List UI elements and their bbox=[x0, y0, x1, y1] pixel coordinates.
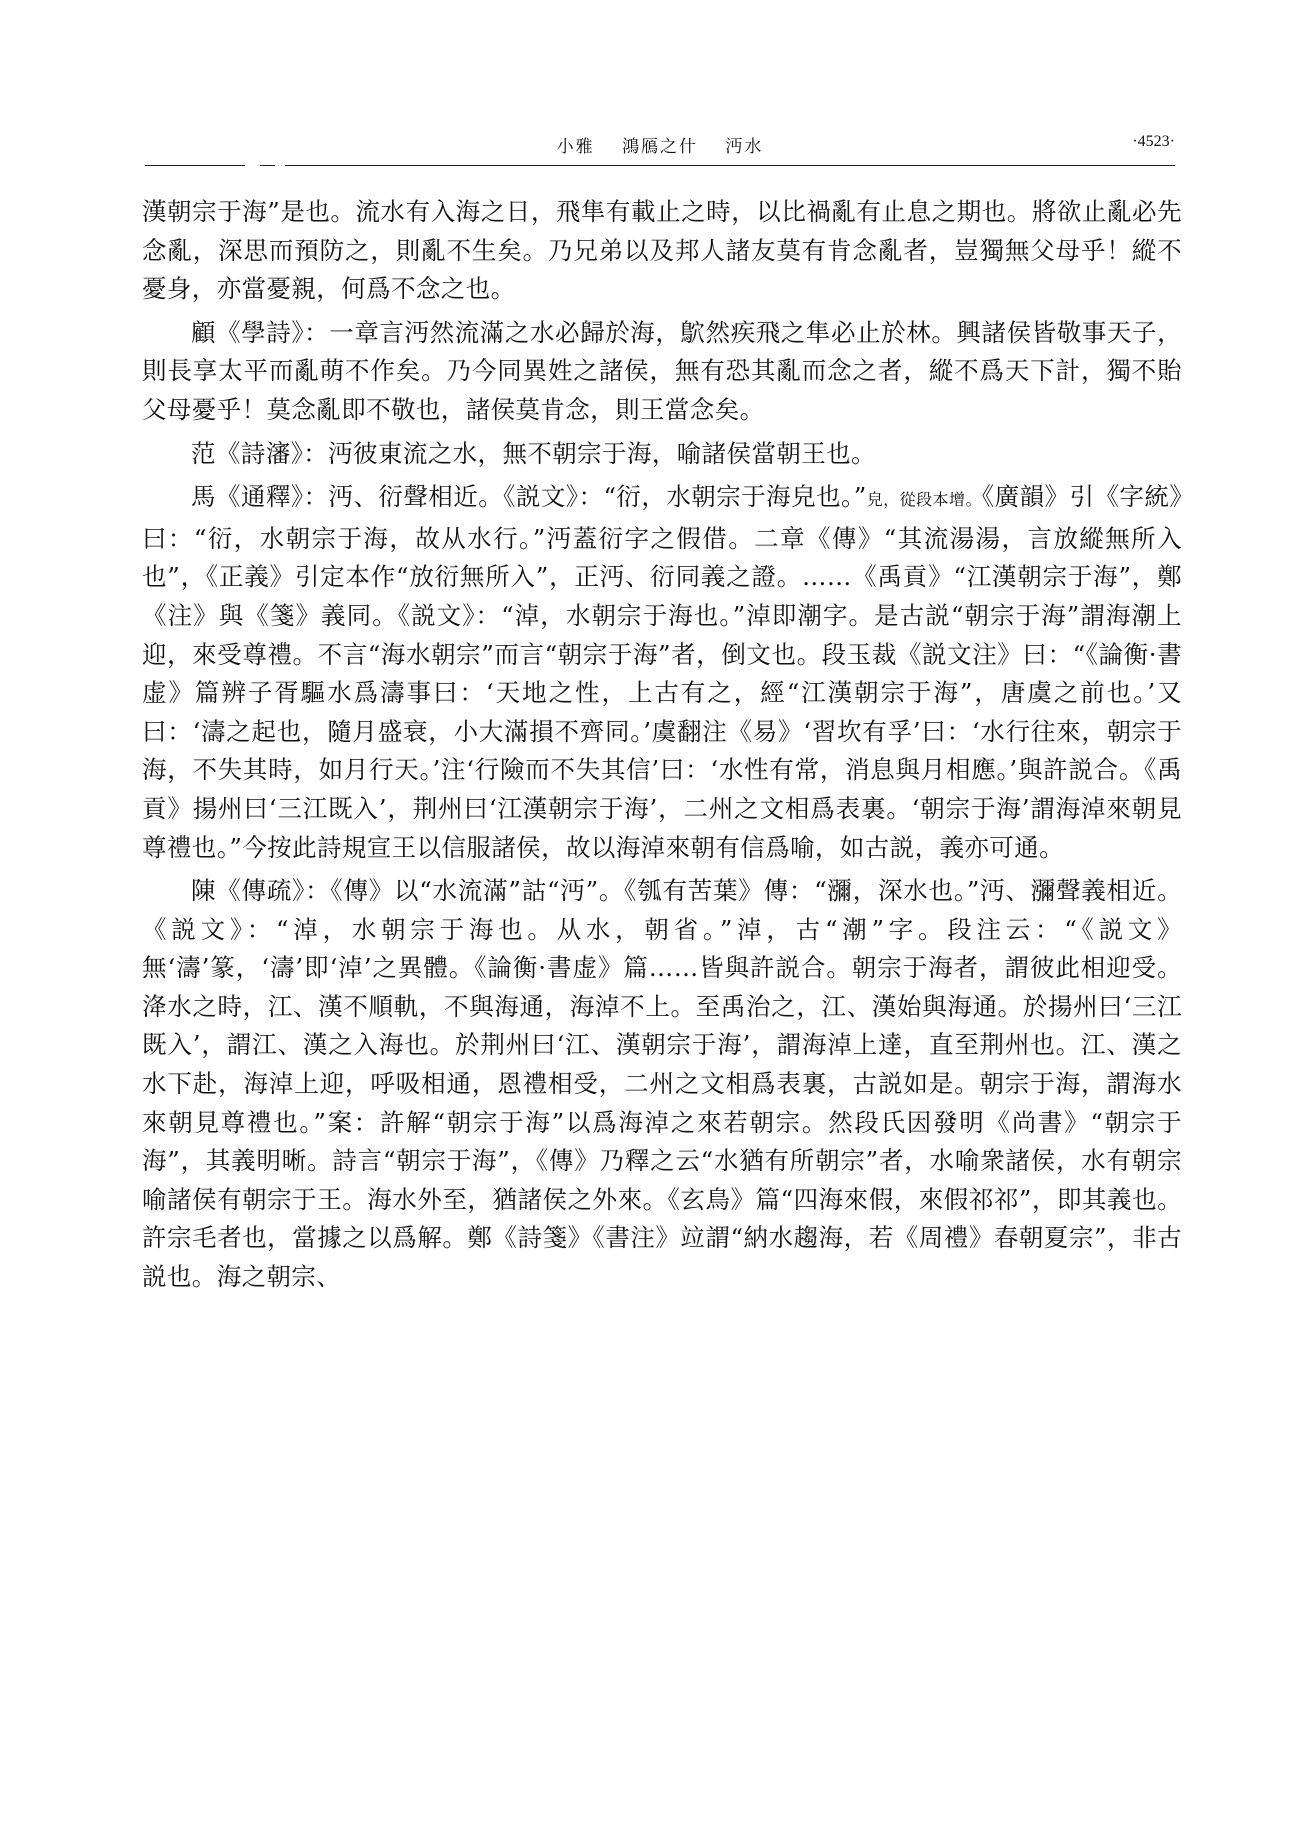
page-header: 小雅 鴻鴈之什 沔水 ·4523· bbox=[145, 132, 1175, 162]
running-title-part: 鴻鴈之什 bbox=[622, 137, 698, 157]
paragraph: 漢朝宗于海”是也。流水有入海之日，飛隼有載止之時，以比禍亂有止息之期也。將欲止亂… bbox=[142, 193, 1182, 309]
body-text: 漢朝宗于海”是也。流水有入海之日，飛隼有載止之時，以比禍亂有止息之期也。將欲止亂… bbox=[142, 193, 1182, 1297]
header-rule bbox=[145, 165, 1175, 166]
paragraph-text: 《廣韻》引《字統》曰：“衍，水朝宗于海，故从水行。”沔蓋衍字之假借。二章《傳》“… bbox=[142, 482, 1182, 861]
paragraph: 顧《學詩》：一章言沔然流滿之水必歸於海，鴥然疾飛之隼必止於林。興諸侯皆敬事天子，… bbox=[142, 314, 1182, 430]
paragraph: 馬《通釋》：沔、衍聲相近。《説文》：“衍，水朝宗于海皃也。”皃，從段本增。《廣韻… bbox=[142, 478, 1182, 867]
page-number: ·4523· bbox=[1132, 133, 1175, 151]
running-title-part: 小雅 bbox=[557, 137, 595, 157]
paragraph: 陳《傳疏》：《傳》以“水流滿”詁“沔”。《瓠有苦葉》傳：“瀰，深水也。”沔、瀰聲… bbox=[142, 872, 1182, 1297]
paragraph: 范《詩瀋》：沔彼東流之水，無不朝宗于海，喻諸侯當朝王也。 bbox=[142, 435, 1182, 474]
running-title: 小雅 鴻鴈之什 沔水 bbox=[145, 132, 1175, 157]
running-title-part: 沔水 bbox=[725, 137, 763, 157]
paragraph-text: 馬《通釋》：沔、衍聲相近。《説文》：“衍，水朝宗于海皃也。” bbox=[191, 482, 867, 511]
inline-note: 皃，從段本增。 bbox=[867, 490, 982, 509]
